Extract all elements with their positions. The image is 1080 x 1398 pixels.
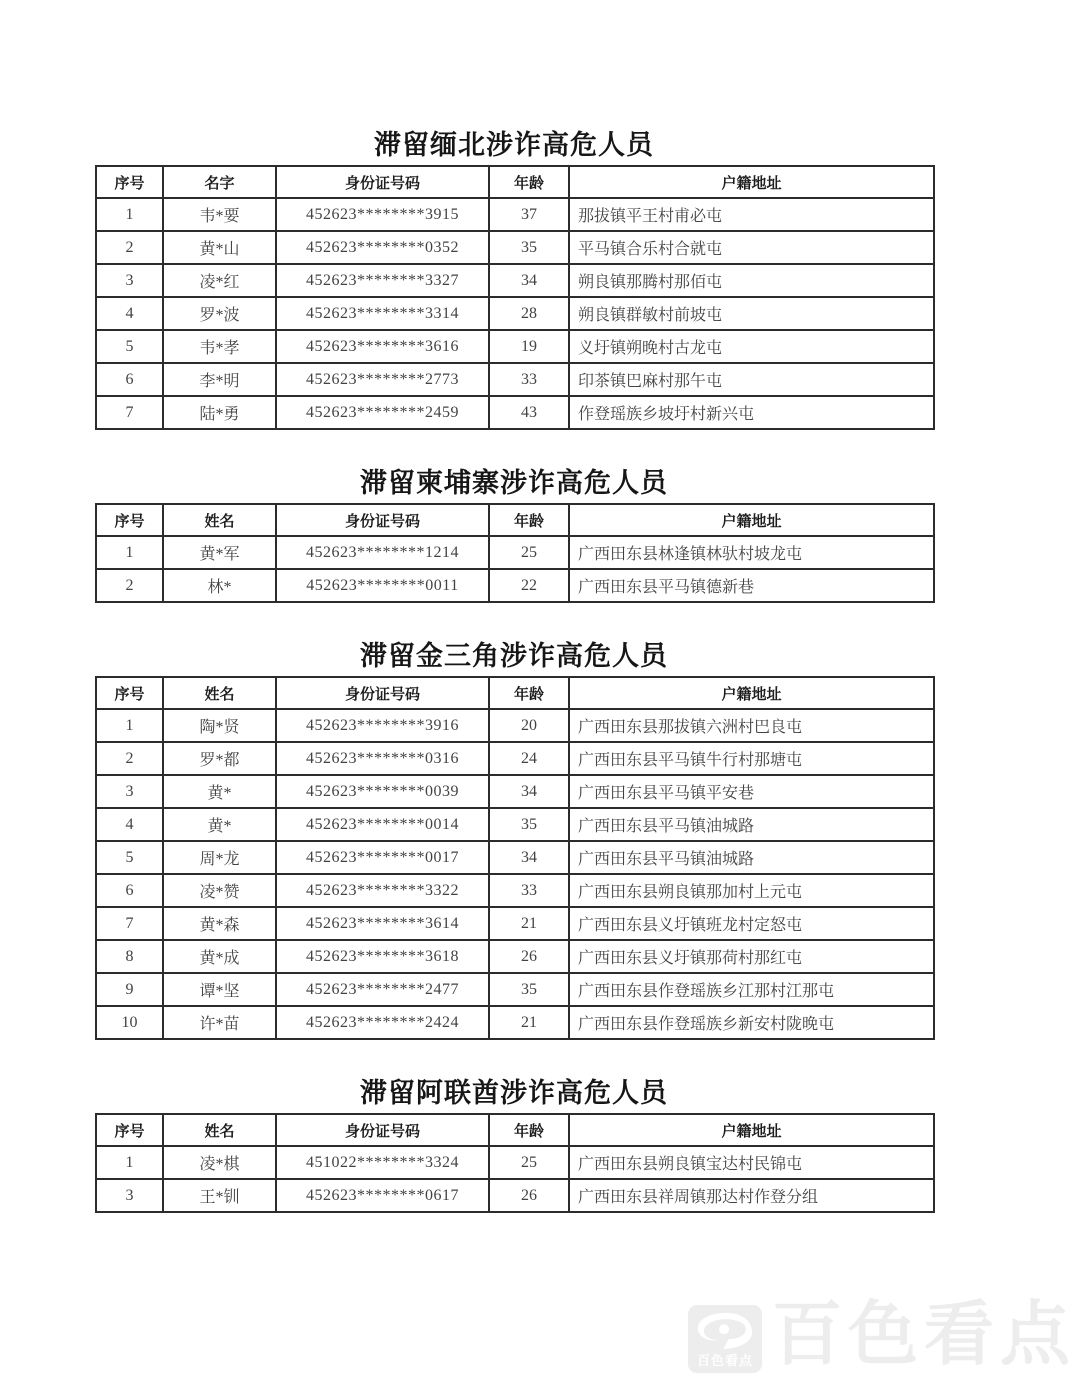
table-row: 5 韦*孝 452623********3616 19 义圩镇朔晚村古龙屯	[96, 330, 934, 363]
section-golden-triangle: 滞留金三角涉诈高危人员 序号 姓名 身份证号码 年龄 户籍地址 1 陶*贤	[95, 643, 933, 1040]
table-row: 7 陆*勇 452623********2459 43 作登瑶族乡坡圩村新兴屯	[96, 396, 934, 429]
cell-address: 广西田东县平马镇平安巷	[569, 775, 934, 808]
roster-table-cambodia: 序号 姓名 身份证号码 年龄 户籍地址 1 黄*军 452623********…	[95, 503, 935, 603]
col-header-name: 姓名	[163, 677, 276, 709]
cell-id-number: 452623********2477	[276, 973, 489, 1006]
col-header-age: 年龄	[489, 504, 569, 536]
table-title: 滞留柬埔寨涉诈高危人员	[95, 470, 933, 497]
col-header-index: 序号	[96, 166, 163, 198]
cell-name: 黄*	[163, 775, 276, 808]
cell-age: 43	[489, 396, 569, 429]
cell-address: 那拔镇平王村甫必屯	[569, 198, 934, 231]
cell-id-number: 452623********0039	[276, 775, 489, 808]
cell-age: 20	[489, 709, 569, 742]
cell-id-number: 452623********2424	[276, 1006, 489, 1039]
cell-index: 1	[96, 198, 163, 231]
cell-address: 印茶镇巴麻村那午屯	[569, 363, 934, 396]
cell-id-number: 452623********2773	[276, 363, 489, 396]
cell-address: 义圩镇朔晚村古龙屯	[569, 330, 934, 363]
cell-name: 韦*要	[163, 198, 276, 231]
table-row: 1 黄*军 452623********1214 25 广西田东县林逢镇林驮村坡…	[96, 536, 934, 569]
header-row: 序号 姓名 身份证号码 年龄 户籍地址	[96, 677, 934, 709]
cell-index: 4	[96, 297, 163, 330]
col-header-index: 序号	[96, 504, 163, 536]
roster-table-golden-triangle: 序号 姓名 身份证号码 年龄 户籍地址 1 陶*贤 452623********…	[95, 676, 935, 1040]
table-row: 4 罗*波 452623********3314 28 朔良镇群敏村前坡屯	[96, 297, 934, 330]
cell-name: 黄*军	[163, 536, 276, 569]
cell-address: 广西田东县朔良镇宝达村民锦屯	[569, 1146, 934, 1179]
cell-age: 33	[489, 363, 569, 396]
cell-age: 34	[489, 264, 569, 297]
cell-address: 广西田东县义圩镇那荷村那红屯	[569, 940, 934, 973]
table-row: 3 凌*红 452623********3327 34 朔良镇那腾村那佰屯	[96, 264, 934, 297]
roster-table-myanmar-north: 序号 名字 身份证号码 年龄 户籍地址 1 韦*要 452623********…	[95, 165, 935, 430]
section-cambodia: 滞留柬埔寨涉诈高危人员 序号 姓名 身份证号码 年龄 户籍地址 1 黄*军	[95, 470, 933, 603]
swirl-icon	[695, 1312, 755, 1350]
table-row: 8 黄*成 452623********3618 26 广西田东县义圩镇那荷村那…	[96, 940, 934, 973]
document-page: 滞留缅北涉诈高危人员 序号 名字 身份证号码 年龄 户籍地址 1 韦*要	[0, 0, 1080, 1398]
col-header-id-number: 身份证号码	[276, 677, 489, 709]
cell-index: 2	[96, 569, 163, 602]
cell-index: 7	[96, 907, 163, 940]
cell-id-number: 452623********2459	[276, 396, 489, 429]
header-row: 序号 名字 身份证号码 年龄 户籍地址	[96, 166, 934, 198]
cell-address: 广西田东县祥周镇那达村作登分组	[569, 1179, 934, 1212]
table-row: 10 许*苗 452623********2424 21 广西田东县作登瑶族乡新…	[96, 1006, 934, 1039]
col-header-name: 名字	[163, 166, 276, 198]
cell-id-number: 451022********3324	[276, 1146, 489, 1179]
cell-name: 黄*山	[163, 231, 276, 264]
cell-id-number: 452623********3327	[276, 264, 489, 297]
cell-address: 广西田东县平马镇油城路	[569, 841, 934, 874]
cell-name: 李*明	[163, 363, 276, 396]
cell-id-number: 452623********3322	[276, 874, 489, 907]
cell-id-number: 452623********3616	[276, 330, 489, 363]
cell-address: 广西田东县作登瑶族乡新安村陇晚屯	[569, 1006, 934, 1039]
cell-address: 广西田东县义圩镇班龙村定怒屯	[569, 907, 934, 940]
cell-index: 4	[96, 808, 163, 841]
cell-address: 朔良镇那腾村那佰屯	[569, 264, 934, 297]
table-row: 9 谭*坚 452623********2477 35 广西田东县作登瑶族乡江那…	[96, 973, 934, 1006]
col-header-id-number: 身份证号码	[276, 166, 489, 198]
cell-name: 凌*棋	[163, 1146, 276, 1179]
cell-name: 韦*孝	[163, 330, 276, 363]
cell-name: 凌*红	[163, 264, 276, 297]
cell-index: 10	[96, 1006, 163, 1039]
watermark-logo-label: 百色看点	[688, 1353, 762, 1369]
table-row: 5 周*龙 452623********0017 34 广西田东县平马镇油城路	[96, 841, 934, 874]
cell-address: 作登瑶族乡坡圩村新兴屯	[569, 396, 934, 429]
cell-name: 凌*赞	[163, 874, 276, 907]
cell-age: 26	[489, 940, 569, 973]
cell-address: 广西田东县朔良镇那加村上元屯	[569, 874, 934, 907]
cell-id-number: 452623********3618	[276, 940, 489, 973]
table-row: 2 黄*山 452623********0352 35 平马镇合乐村合就屯	[96, 231, 934, 264]
cell-name: 谭*坚	[163, 973, 276, 1006]
cell-age: 35	[489, 808, 569, 841]
cell-id-number: 452623********3916	[276, 709, 489, 742]
section-myanmar-north: 滞留缅北涉诈高危人员 序号 名字 身份证号码 年龄 户籍地址 1 韦*要	[95, 132, 933, 430]
cell-id-number: 452623********0017	[276, 841, 489, 874]
cell-age: 35	[489, 973, 569, 1006]
cell-name: 黄*森	[163, 907, 276, 940]
cell-age: 19	[489, 330, 569, 363]
table-row: 2 林* 452623********0011 22 广西田东县平马镇德新巷	[96, 569, 934, 602]
cell-address: 广西田东县平马镇牛行村那塘屯	[569, 742, 934, 775]
col-header-age: 年龄	[489, 166, 569, 198]
cell-age: 21	[489, 907, 569, 940]
cell-age: 34	[489, 775, 569, 808]
col-header-age: 年龄	[489, 1114, 569, 1146]
cell-index: 2	[96, 742, 163, 775]
cell-index: 2	[96, 231, 163, 264]
col-header-age: 年龄	[489, 677, 569, 709]
col-header-address: 户籍地址	[569, 677, 934, 709]
cell-age: 22	[489, 569, 569, 602]
table-row: 4 黄* 452623********0014 35 广西田东县平马镇油城路	[96, 808, 934, 841]
col-header-id-number: 身份证号码	[276, 1114, 489, 1146]
col-header-name: 姓名	[163, 504, 276, 536]
roster-table-uae: 序号 姓名 身份证号码 年龄 户籍地址 1 凌*棋 451022********…	[95, 1113, 935, 1213]
cell-index: 1	[96, 709, 163, 742]
table-title: 滞留缅北涉诈高危人员	[95, 132, 933, 159]
cell-name: 林*	[163, 569, 276, 602]
cell-address: 广西田东县作登瑶族乡江那村江那屯	[569, 973, 934, 1006]
col-header-address: 户籍地址	[569, 504, 934, 536]
table-row: 6 李*明 452623********2773 33 印茶镇巴麻村那午屯	[96, 363, 934, 396]
cell-id-number: 452623********0352	[276, 231, 489, 264]
cell-age: 33	[489, 874, 569, 907]
cell-index: 1	[96, 1146, 163, 1179]
header-row: 序号 姓名 身份证号码 年龄 户籍地址	[96, 1114, 934, 1146]
cell-id-number: 452623********3314	[276, 297, 489, 330]
col-header-id-number: 身份证号码	[276, 504, 489, 536]
cell-name: 王*钏	[163, 1179, 276, 1212]
table-row: 7 黄*森 452623********3614 21 广西田东县义圩镇班龙村定…	[96, 907, 934, 940]
table-row: 3 黄* 452623********0039 34 广西田东县平马镇平安巷	[96, 775, 934, 808]
cell-age: 37	[489, 198, 569, 231]
cell-index: 6	[96, 363, 163, 396]
cell-age: 21	[489, 1006, 569, 1039]
table-row: 3 王*钏 452623********0617 26 广西田东县祥周镇那达村作…	[96, 1179, 934, 1212]
cell-address: 广西田东县平马镇油城路	[569, 808, 934, 841]
cell-age: 24	[489, 742, 569, 775]
cell-name: 黄*	[163, 808, 276, 841]
section-uae: 滞留阿联酋涉诈高危人员 序号 姓名 身份证号码 年龄 户籍地址 1 凌*棋	[95, 1080, 933, 1213]
cell-id-number: 452623********3614	[276, 907, 489, 940]
header-row: 序号 姓名 身份证号码 年龄 户籍地址	[96, 504, 934, 536]
cell-name: 罗*都	[163, 742, 276, 775]
cell-address: 广西田东县那拔镇六洲村巴良屯	[569, 709, 934, 742]
cell-age: 35	[489, 231, 569, 264]
table-row: 1 陶*贤 452623********3916 20 广西田东县那拔镇六洲村巴…	[96, 709, 934, 742]
cell-index: 7	[96, 396, 163, 429]
table-row: 1 凌*棋 451022********3324 25 广西田东县朔良镇宝达村民…	[96, 1146, 934, 1179]
cell-name: 许*苗	[163, 1006, 276, 1039]
cell-id-number: 452623********3915	[276, 198, 489, 231]
cell-index: 3	[96, 264, 163, 297]
cell-index: 8	[96, 940, 163, 973]
cell-index: 5	[96, 841, 163, 874]
col-header-index: 序号	[96, 1114, 163, 1146]
cell-age: 26	[489, 1179, 569, 1212]
table-row: 1 韦*要 452623********3915 37 那拔镇平王村甫必屯	[96, 198, 934, 231]
cell-age: 25	[489, 1146, 569, 1179]
cell-name: 黄*成	[163, 940, 276, 973]
col-header-name: 姓名	[163, 1114, 276, 1146]
table-title: 滞留阿联酋涉诈高危人员	[95, 1080, 933, 1107]
col-header-address: 户籍地址	[569, 1114, 934, 1146]
watermark-text: 百色看点	[772, 1296, 1076, 1372]
table-row: 6 凌*赞 452623********3322 33 广西田东县朔良镇那加村上…	[96, 874, 934, 907]
cell-id-number: 452623********0617	[276, 1179, 489, 1212]
cell-name: 陶*贤	[163, 709, 276, 742]
table-title: 滞留金三角涉诈高危人员	[95, 643, 933, 670]
watermark-logo: 百色看点	[688, 1305, 762, 1373]
cell-address: 朔良镇群敏村前坡屯	[569, 297, 934, 330]
cell-id-number: 452623********0014	[276, 808, 489, 841]
cell-id-number: 452623********0011	[276, 569, 489, 602]
cell-index: 1	[96, 536, 163, 569]
col-header-address: 户籍地址	[569, 166, 934, 198]
cell-index: 6	[96, 874, 163, 907]
cell-age: 25	[489, 536, 569, 569]
cell-age: 28	[489, 297, 569, 330]
watermark: 百色看点 百色看点	[688, 1296, 1080, 1380]
cell-name: 陆*勇	[163, 396, 276, 429]
document-content: 滞留缅北涉诈高危人员 序号 名字 身份证号码 年龄 户籍地址 1 韦*要	[95, 132, 933, 1253]
cell-address: 平马镇合乐村合就屯	[569, 231, 934, 264]
cell-index: 5	[96, 330, 163, 363]
cell-id-number: 452623********1214	[276, 536, 489, 569]
table-row: 2 罗*都 452623********0316 24 广西田东县平马镇牛行村那…	[96, 742, 934, 775]
cell-index: 3	[96, 1179, 163, 1212]
cell-id-number: 452623********0316	[276, 742, 489, 775]
cell-name: 罗*波	[163, 297, 276, 330]
cell-address: 广西田东县平马镇德新巷	[569, 569, 934, 602]
cell-address: 广西田东县林逢镇林驮村坡龙屯	[569, 536, 934, 569]
cell-name: 周*龙	[163, 841, 276, 874]
cell-index: 3	[96, 775, 163, 808]
cell-index: 9	[96, 973, 163, 1006]
cell-age: 34	[489, 841, 569, 874]
col-header-index: 序号	[96, 677, 163, 709]
